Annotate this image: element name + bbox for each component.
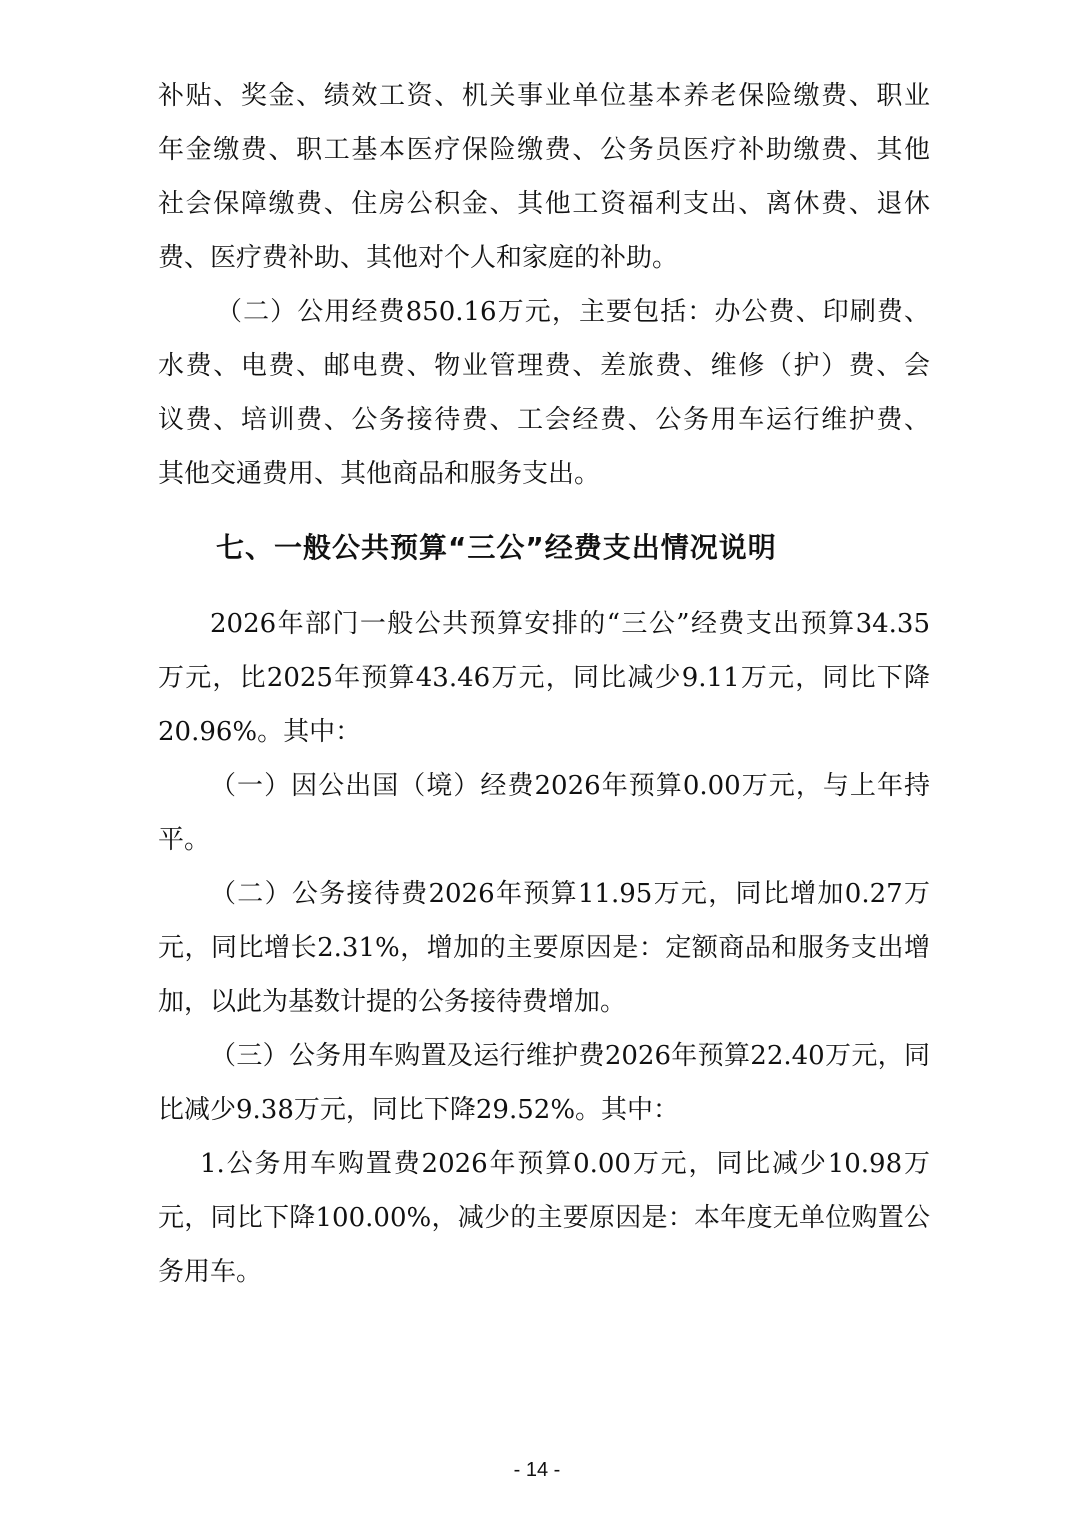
text-line: （一）因公出国（境）经费2026年预算0.00万元，与上年持 bbox=[210, 768, 930, 804]
text-line: 2026年部门一般公共预算安排的“三公”经费支出预算34.35 bbox=[210, 606, 930, 642]
text-line: （二）公用经费850.16万元，主要包括：办公费、印刷费、 bbox=[216, 294, 930, 330]
text-line: 务用车。 bbox=[158, 1254, 930, 1290]
text-line: 加，以此为基数计提的公务接待费增加。 bbox=[158, 984, 930, 1020]
text-line: 其他交通费用、其他商品和服务支出。 bbox=[158, 456, 930, 492]
text-line: 元，同比下降100.00%，减少的主要原因是：本年度无单位购置公 bbox=[158, 1200, 930, 1236]
text-line: （三）公务用车购置及运行维护费2026年预算22.40万元，同 bbox=[210, 1038, 930, 1074]
text-line: 平。 bbox=[158, 822, 930, 858]
text-line: 费、医疗费补助、其他对个人和家庭的补助。 bbox=[158, 240, 930, 276]
text-line: 年金缴费、职工基本医疗保险缴费、公务员医疗补助缴费、其他 bbox=[158, 132, 930, 168]
text-line: 1.公务用车购置费2026年预算0.00万元，同比减少10.98万 bbox=[200, 1146, 930, 1182]
text-line: 万元，比2025年预算43.46万元，同比减少9.11万元，同比下降 bbox=[158, 660, 930, 696]
text-line: 补贴、奖金、绩效工资、机关事业单位基本养老保险缴费、职业 bbox=[158, 78, 930, 114]
page-number: - 14 - bbox=[0, 1458, 1074, 1482]
text-line: 社会保障缴费、住房公积金、其他工资福利支出、离休费、退休 bbox=[158, 186, 930, 222]
text-line: 议费、培训费、公务接待费、工会经费、公务用车运行维护费、 bbox=[158, 402, 930, 438]
text-line: 水费、电费、邮电费、物业管理费、差旅费、维修（护）费、会 bbox=[158, 348, 930, 384]
text-line: 元，同比增长2.31%，增加的主要原因是：定额商品和服务支出增 bbox=[158, 930, 930, 966]
text-line: 比减少9.38万元，同比下降29.52%。其中： bbox=[158, 1092, 930, 1128]
section-heading: 七、一般公共预算“三公”经费支出情况说明 bbox=[216, 530, 777, 566]
text-line: 20.96%。其中： bbox=[158, 714, 930, 750]
text-line: （二）公务接待费2026年预算11.95万元，同比增加0.27万 bbox=[210, 876, 930, 912]
